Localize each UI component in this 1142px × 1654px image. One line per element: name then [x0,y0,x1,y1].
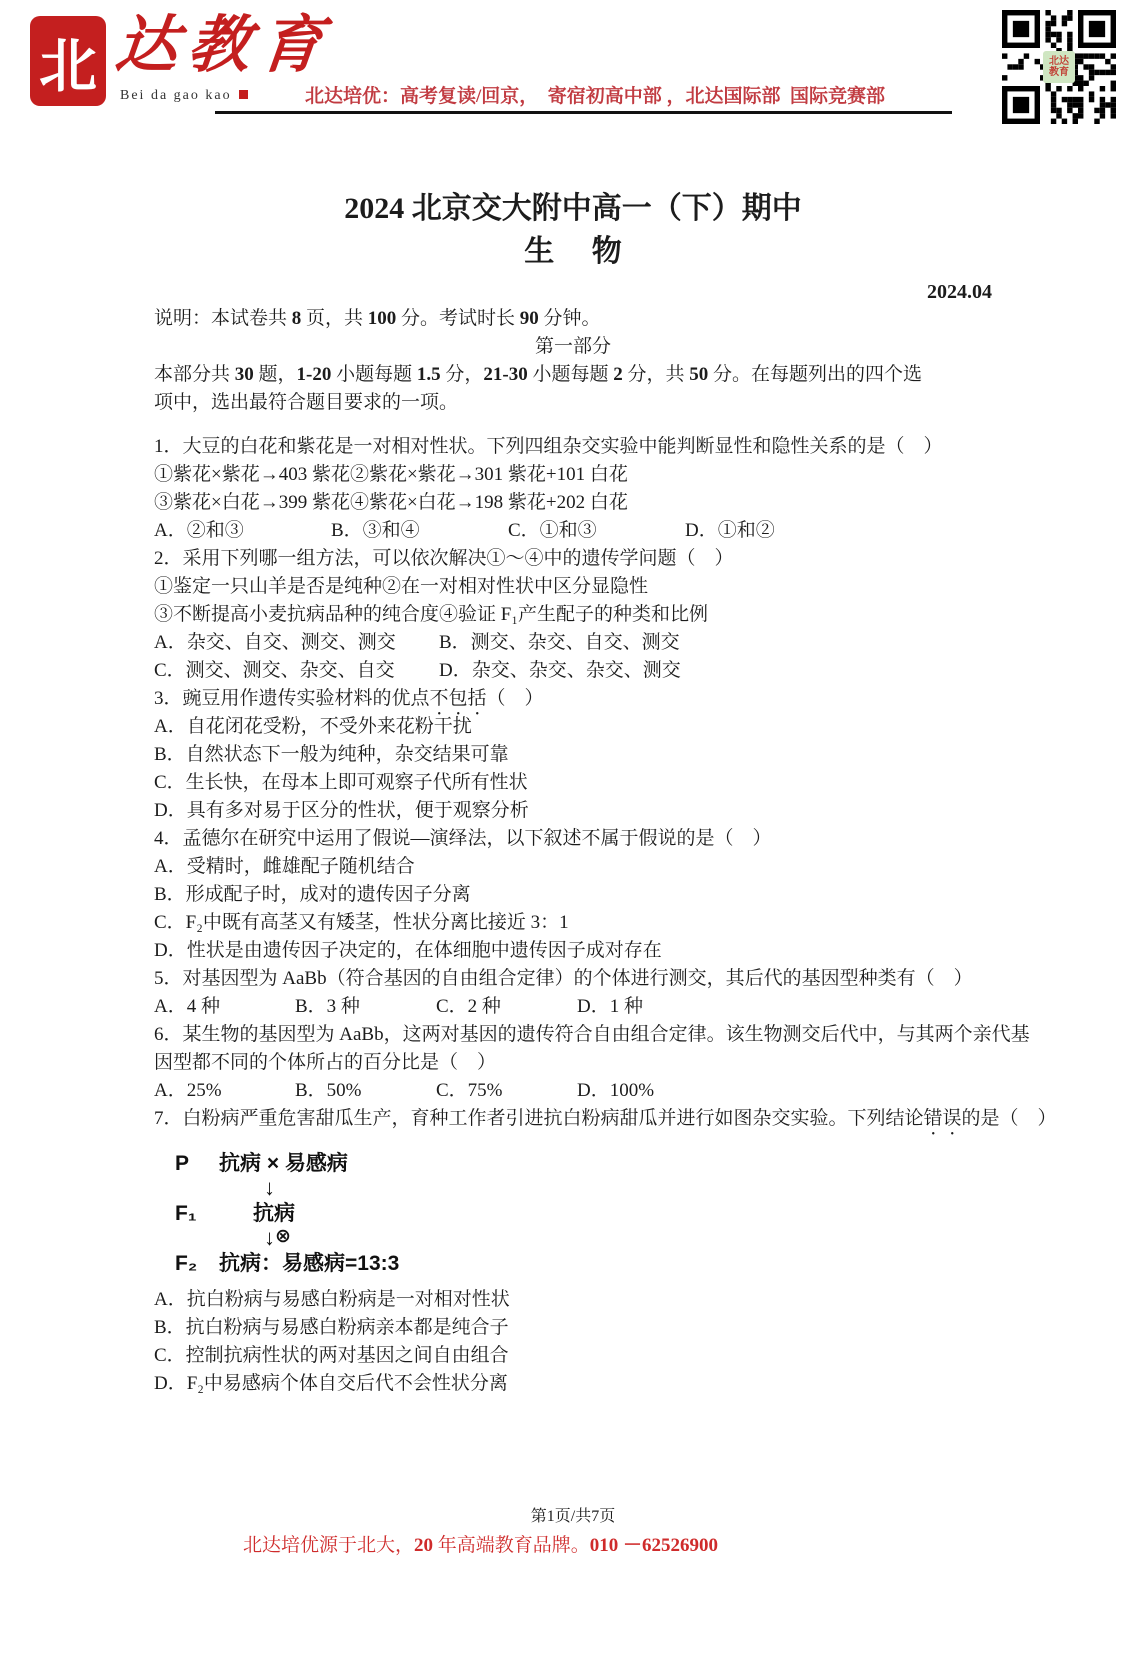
option-cell: C．①和③ [508,517,685,545]
text-line: A．受精时，雌雄配子随机结合 [154,853,992,881]
text-line: B．自然状态下一般为纯种，杂交结果可靠 [154,741,992,769]
option-row: A．25%B．50%C．75%D．100% [154,1077,992,1105]
footer-page-number: 第1页/共7页 [154,1503,992,1526]
option-cell: D．100% [577,1077,718,1105]
text-line: 因型都不同的个体所占的百分比是（ ） [154,1049,992,1077]
f1-phenotype-text: 抗病 [253,1200,295,1228]
option-cell: A．杂交、自交、测交、测交 [154,629,439,657]
parent-cross-text: 抗病 × 易感病 [219,1150,348,1178]
text-line: D．F₂中易感病个体自交后代不会性状分离 [154,1370,992,1398]
text-line: 4．孟德尔在研究中运用了假说—演绎法，以下叙述不属于假说的是（ ） [154,825,992,853]
brand-pinyin: Bei da gao kao [120,88,248,104]
option-cell: D．杂交、杂交、杂交、测交 [439,657,724,685]
page-header: 北 达教育 Bei da gao kao 北达培优：高考复读/回京， 寄宿初高中… [0,0,1142,132]
option-row: A．杂交、自交、测交、测交B．测交、杂交、自交、测交 [154,629,992,657]
red-square-icon [239,90,248,99]
section-heading: 第一部分 [154,333,992,361]
exam-title: 2024 北京交大附中高一（下）期中 [154,190,992,228]
section-intro-line1: 本部分共 30 题，1-20 小题每题 1.5 分，21-30 小题每题 2 分… [154,361,992,389]
text-line: D．性状是由遗传因子决定的，在体细胞中遗传因子成对存在 [154,937,992,965]
brand-calligraphy: 达教育 [112,6,336,86]
brand-pinyin-text: Bei da gao kao [120,88,232,103]
text-line: 6．某生物的基因型为 AaBb，这两对基因的遗传符合自由组合定律。该生物测交后代… [154,1021,992,1049]
text-line: A．自花闭花受粉，不受外来花粉干扰 [154,713,992,741]
parent-generation-row: P 抗病 × 易感病 [175,1151,992,1176]
text-line: 5．对基因型为 AaBb（符合基因的自由组合定律）的个体进行测交，其后代的基因型… [154,965,992,993]
exam-date: 2024.04 [154,279,992,305]
qr-code: 北达 教育 [1002,10,1116,124]
qr-center-line1: 北达 [1049,56,1069,67]
text-line: 7．白粉病严重危害甜瓜生产，育种工作者引进抗白粉病甜瓜并进行如图杂交实验。下列结… [154,1105,992,1133]
subject-title: 生 物 [154,233,992,271]
option-row: C．测交、测交、杂交、自交D．杂交、杂交、杂交、测交 [154,657,992,685]
generation-label-p: P [175,1150,219,1178]
qr-center-line2: 教育 [1049,67,1069,78]
text-line: ①鉴定一只山羊是否是纯种②在一对相对性状中区分显隐性 [154,573,992,601]
f2-ratio-text: 抗病：易感病=13:3 [219,1250,399,1278]
f1-generation-row: F₁ 抗病 [175,1201,992,1226]
header-tagline: 北达培优：高考复读/回京， 寄宿初高中部 ，北达国际部 国际竞赛部 [305,81,885,108]
option-cell: A．②和③ [154,517,331,545]
exam-page: 北 达教育 Bei da gao kao 北达培优：高考复读/回京， 寄宿初高中… [0,0,1142,1654]
header-divider [215,111,952,114]
option-cell: C．2 种 [436,993,577,1021]
down-arrow-icon: ↓ [264,1176,992,1201]
text-line: B．抗白粉病与易感白粉病亲本都是纯合子 [154,1314,992,1342]
option-cell: B．测交、杂交、自交、测交 [439,629,724,657]
cross-experiment-diagram: P 抗病 × 易感病 ↓ F₁ 抗病 ↓⊗ F₂ 抗病：易感病=13:3 [175,1151,992,1276]
footer-brand-line: 北达培优源于北大，20 年高端教育品牌。010 －62526900 [243,1530,718,1557]
f2-generation-row: F₂ 抗病：易感病=13:3 [175,1251,992,1276]
text-line: D．具有多对易于区分的性状，便于观察分析 [154,797,992,825]
text-line: C．F₂中既有高茎又有矮茎，性状分离比接近 3：1 [154,909,992,937]
text-line: ③不断提高小麦抗病品种的纯合度④验证 F₁产生配子的种类和比例 [154,601,992,629]
text-line: 3．豌豆用作遗传实验材料的优点不包括（ ） [154,685,992,713]
text-line: ③紫花×白花→399 紫花④紫花×白花→198 紫花+202 白花 [154,489,992,517]
option-cell: C．测交、测交、杂交、自交 [154,657,439,685]
option-cell: D．①和② [685,517,862,545]
option-cell: B．50% [295,1077,436,1105]
option-cell: D．1 种 [577,993,718,1021]
text-line: 2．采用下列哪一组方法，可以依次解决①～④中的遗传学问题（ ） [154,545,992,573]
option-row: A．②和③B．③和④C．①和③D．①和② [154,517,992,545]
option-cell: A．4 种 [154,993,295,1021]
text-line: 1．大豆的白花和紫花是一对相对性状。下列四组杂交实验中能判断显性和隐性关系的是（… [154,433,992,461]
option-row: A．4 种B．3 种C．2 种D．1 种 [154,993,992,1021]
text-line: C．控制抗病性状的两对基因之间自由组合 [154,1342,992,1370]
seal-character: 北 [39,19,97,103]
section-intro-line2: 项中，选出最符合题目要求的一项。 [154,389,992,417]
option-cell: B．3 种 [295,993,436,1021]
option-cell: A．25% [154,1077,295,1105]
beida-seal-logo: 北 [30,16,106,106]
text-line: B．形成配子时，成对的遗传因子分离 [154,881,992,909]
exam-note: 说明：本试卷共 8 页，共 100 分。考试时长 90 分钟。 [154,305,992,333]
generation-label-f2: F₂ [175,1250,219,1278]
option-cell: B．③和④ [331,517,508,545]
text-line: C．生长快，在母本上即可观察子代所有性状 [154,769,992,797]
down-arrow-icon: ↓ [264,1225,275,1250]
option-cell: C．75% [436,1077,577,1105]
selfing-circle-cross-icon: ⊗ [275,1226,291,1247]
generation-label-f1: F₁ [175,1200,219,1228]
text-line: ①紫花×紫花→403 紫花②紫花×紫花→301 紫花+101 白花 [154,461,992,489]
selfing-arrow: ↓⊗ [264,1226,992,1251]
text-line: A．抗白粉病与易感白粉病是一对相对性状 [154,1286,992,1314]
exam-body: 2024 北京交大附中高一（下）期中 生 物 2024.04 说明：本试卷共 8… [154,190,992,1398]
question7-option-lines: A．抗白粉病与易感白粉病是一对相对性状B．抗白粉病与易感白粉病亲本都是纯合子C．… [154,1286,992,1398]
question-lines: 1．大豆的白花和紫花是一对相对性状。下列四组杂交实验中能判断显性和隐性关系的是（… [154,433,992,1133]
qr-center-label: 北达 教育 [1043,51,1075,83]
